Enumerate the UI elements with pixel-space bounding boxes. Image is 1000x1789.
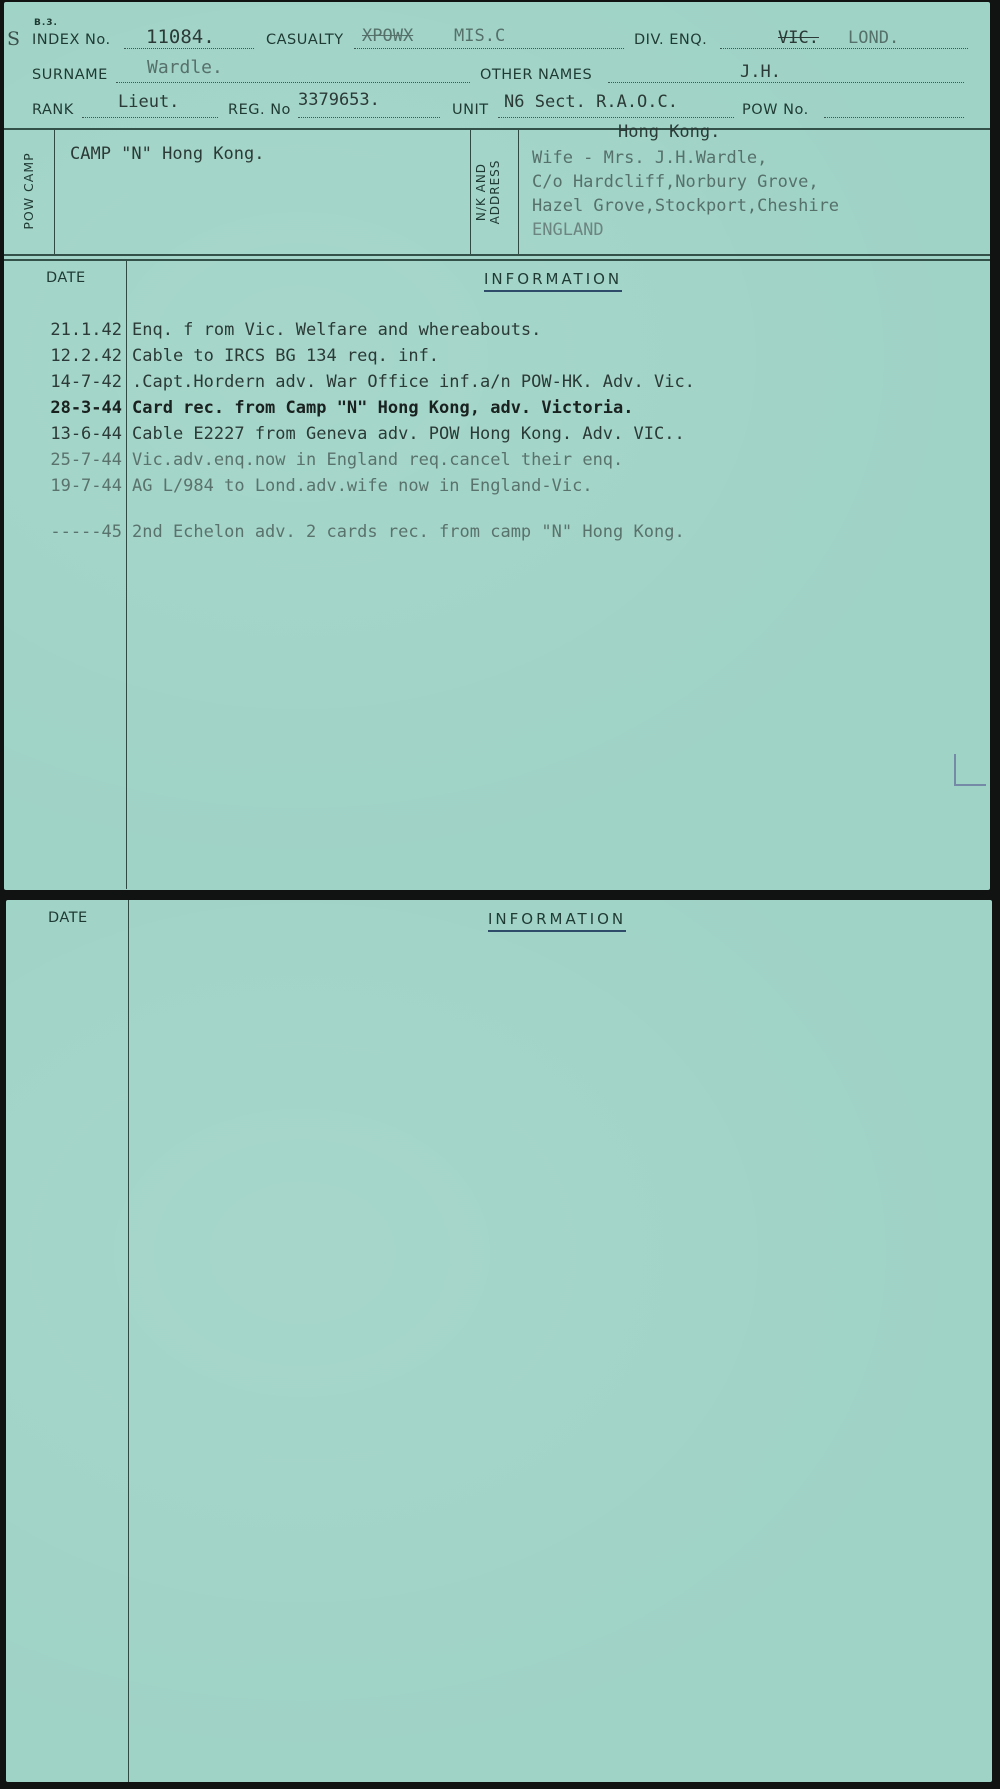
entry-information: Enq. f rom Vic. Welfare and whereabouts. [132, 320, 541, 340]
casualty-value[interactable]: MIS.C [454, 26, 505, 46]
index-card-front: B.3. S INDEX No. 11084. CASUALTY XPOWX M… [4, 2, 990, 890]
entry-date: 21.1.42 [4, 320, 122, 340]
div-enq-line [720, 48, 968, 49]
rank-value[interactable]: Lieut. [118, 92, 179, 112]
entry-information: Card rec. from Camp "N" Hong Kong, adv. … [132, 398, 634, 418]
back-information-header: INFORMATION [488, 910, 626, 932]
date-column-divider [126, 261, 127, 889]
entry-information: 2nd Echelon adv. 2 cards rec. from camp … [132, 522, 685, 542]
pow-camp-divider [54, 130, 55, 254]
entry-date: 25-7-44 [4, 450, 122, 470]
entry-information: Vic.adv.enq.now in England req.cancel th… [132, 450, 623, 470]
unit-line [498, 117, 734, 118]
index-no-line [124, 48, 254, 49]
nk-address-line-4[interactable]: ENGLAND [532, 220, 604, 240]
casualty-struck-value: XPOWX [362, 26, 413, 46]
entry-date: 28-3-44 [4, 398, 122, 418]
back-date-header: DATE [48, 910, 88, 926]
pencil-corner-mark [954, 754, 986, 786]
reg-no-label: REG. No [228, 102, 291, 118]
unit-label: UNIT [452, 102, 489, 118]
nk-address-line-2[interactable]: C/o Hardcliff,Norbury Grove, [532, 172, 819, 192]
pow-camp-label: POW CAMP [22, 146, 36, 236]
entry-date: -----45 [4, 522, 122, 542]
unit-value[interactable]: N6 Sect. R.A.O.C. [504, 92, 678, 112]
pow-no-line [824, 117, 964, 118]
pow-no-label: POW No. [742, 102, 809, 118]
other-names-label: OTHER NAMES [480, 67, 592, 83]
date-header: DATE [46, 270, 86, 286]
div-enq-struck-value: VIC. [778, 28, 819, 48]
form-code: B.3. [34, 18, 58, 28]
rank-line [82, 117, 218, 118]
information-header: INFORMATION [484, 270, 622, 292]
nk-overflow-line: Hong Kong. [618, 122, 720, 142]
other-names-value[interactable]: J.H. [740, 62, 781, 82]
surname-value[interactable]: Wardle. [147, 57, 223, 78]
entry-information: Cable to IRCS BG 134 req. inf. [132, 346, 439, 366]
table-divider-bottom [4, 259, 990, 261]
div-enq-label: DIV. ENQ. [634, 32, 707, 48]
header-divider [4, 128, 990, 130]
casualty-line [354, 48, 624, 49]
reg-no-line [298, 117, 440, 118]
casualty-label: CASUALTY [266, 32, 344, 48]
back-date-column-divider [128, 900, 129, 1782]
div-enq-value[interactable]: LOND. [848, 28, 899, 48]
entry-date: 19-7-44 [4, 476, 122, 496]
entry-date: 12.2.42 [4, 346, 122, 366]
index-no-label: INDEX No. [32, 32, 111, 48]
nk-address-line-1[interactable]: Wife - Mrs. J.H.Wardle, [532, 148, 767, 168]
nk-address-line-3[interactable]: Hazel Grove,Stockport,Cheshire [532, 196, 839, 216]
reg-no-value[interactable]: 3379653. [298, 90, 380, 110]
nk-left-divider [470, 130, 471, 254]
pow-camp-value[interactable]: CAMP "N" Hong Kong. [70, 144, 264, 164]
side-letter: S [7, 28, 20, 50]
entry-information: Cable E2227 from Geneva adv. POW Hong Ko… [132, 424, 685, 444]
entry-date: 13-6-44 [4, 424, 122, 444]
entry-information: AG L/984 to Lond.adv.wife now in England… [132, 476, 593, 496]
table-divider-top [4, 254, 990, 256]
other-names-line [608, 82, 964, 83]
nk-label-line2: ADDRESS [488, 156, 502, 228]
nk-address-label: N/K AND ADDRESS [474, 156, 514, 228]
nk-right-divider [518, 130, 519, 254]
rank-label: RANK [32, 102, 74, 118]
nk-label-line1: N/K AND [474, 156, 488, 228]
surname-line [116, 82, 470, 83]
entry-date: 14-7-42 [4, 372, 122, 392]
index-no-value[interactable]: 11084. [146, 26, 215, 48]
surname-label: SURNAME [32, 67, 108, 83]
entry-information: .Capt.Hordern adv. War Office inf.a/n PO… [132, 372, 695, 392]
index-card-back: DATE INFORMATION [6, 900, 992, 1782]
